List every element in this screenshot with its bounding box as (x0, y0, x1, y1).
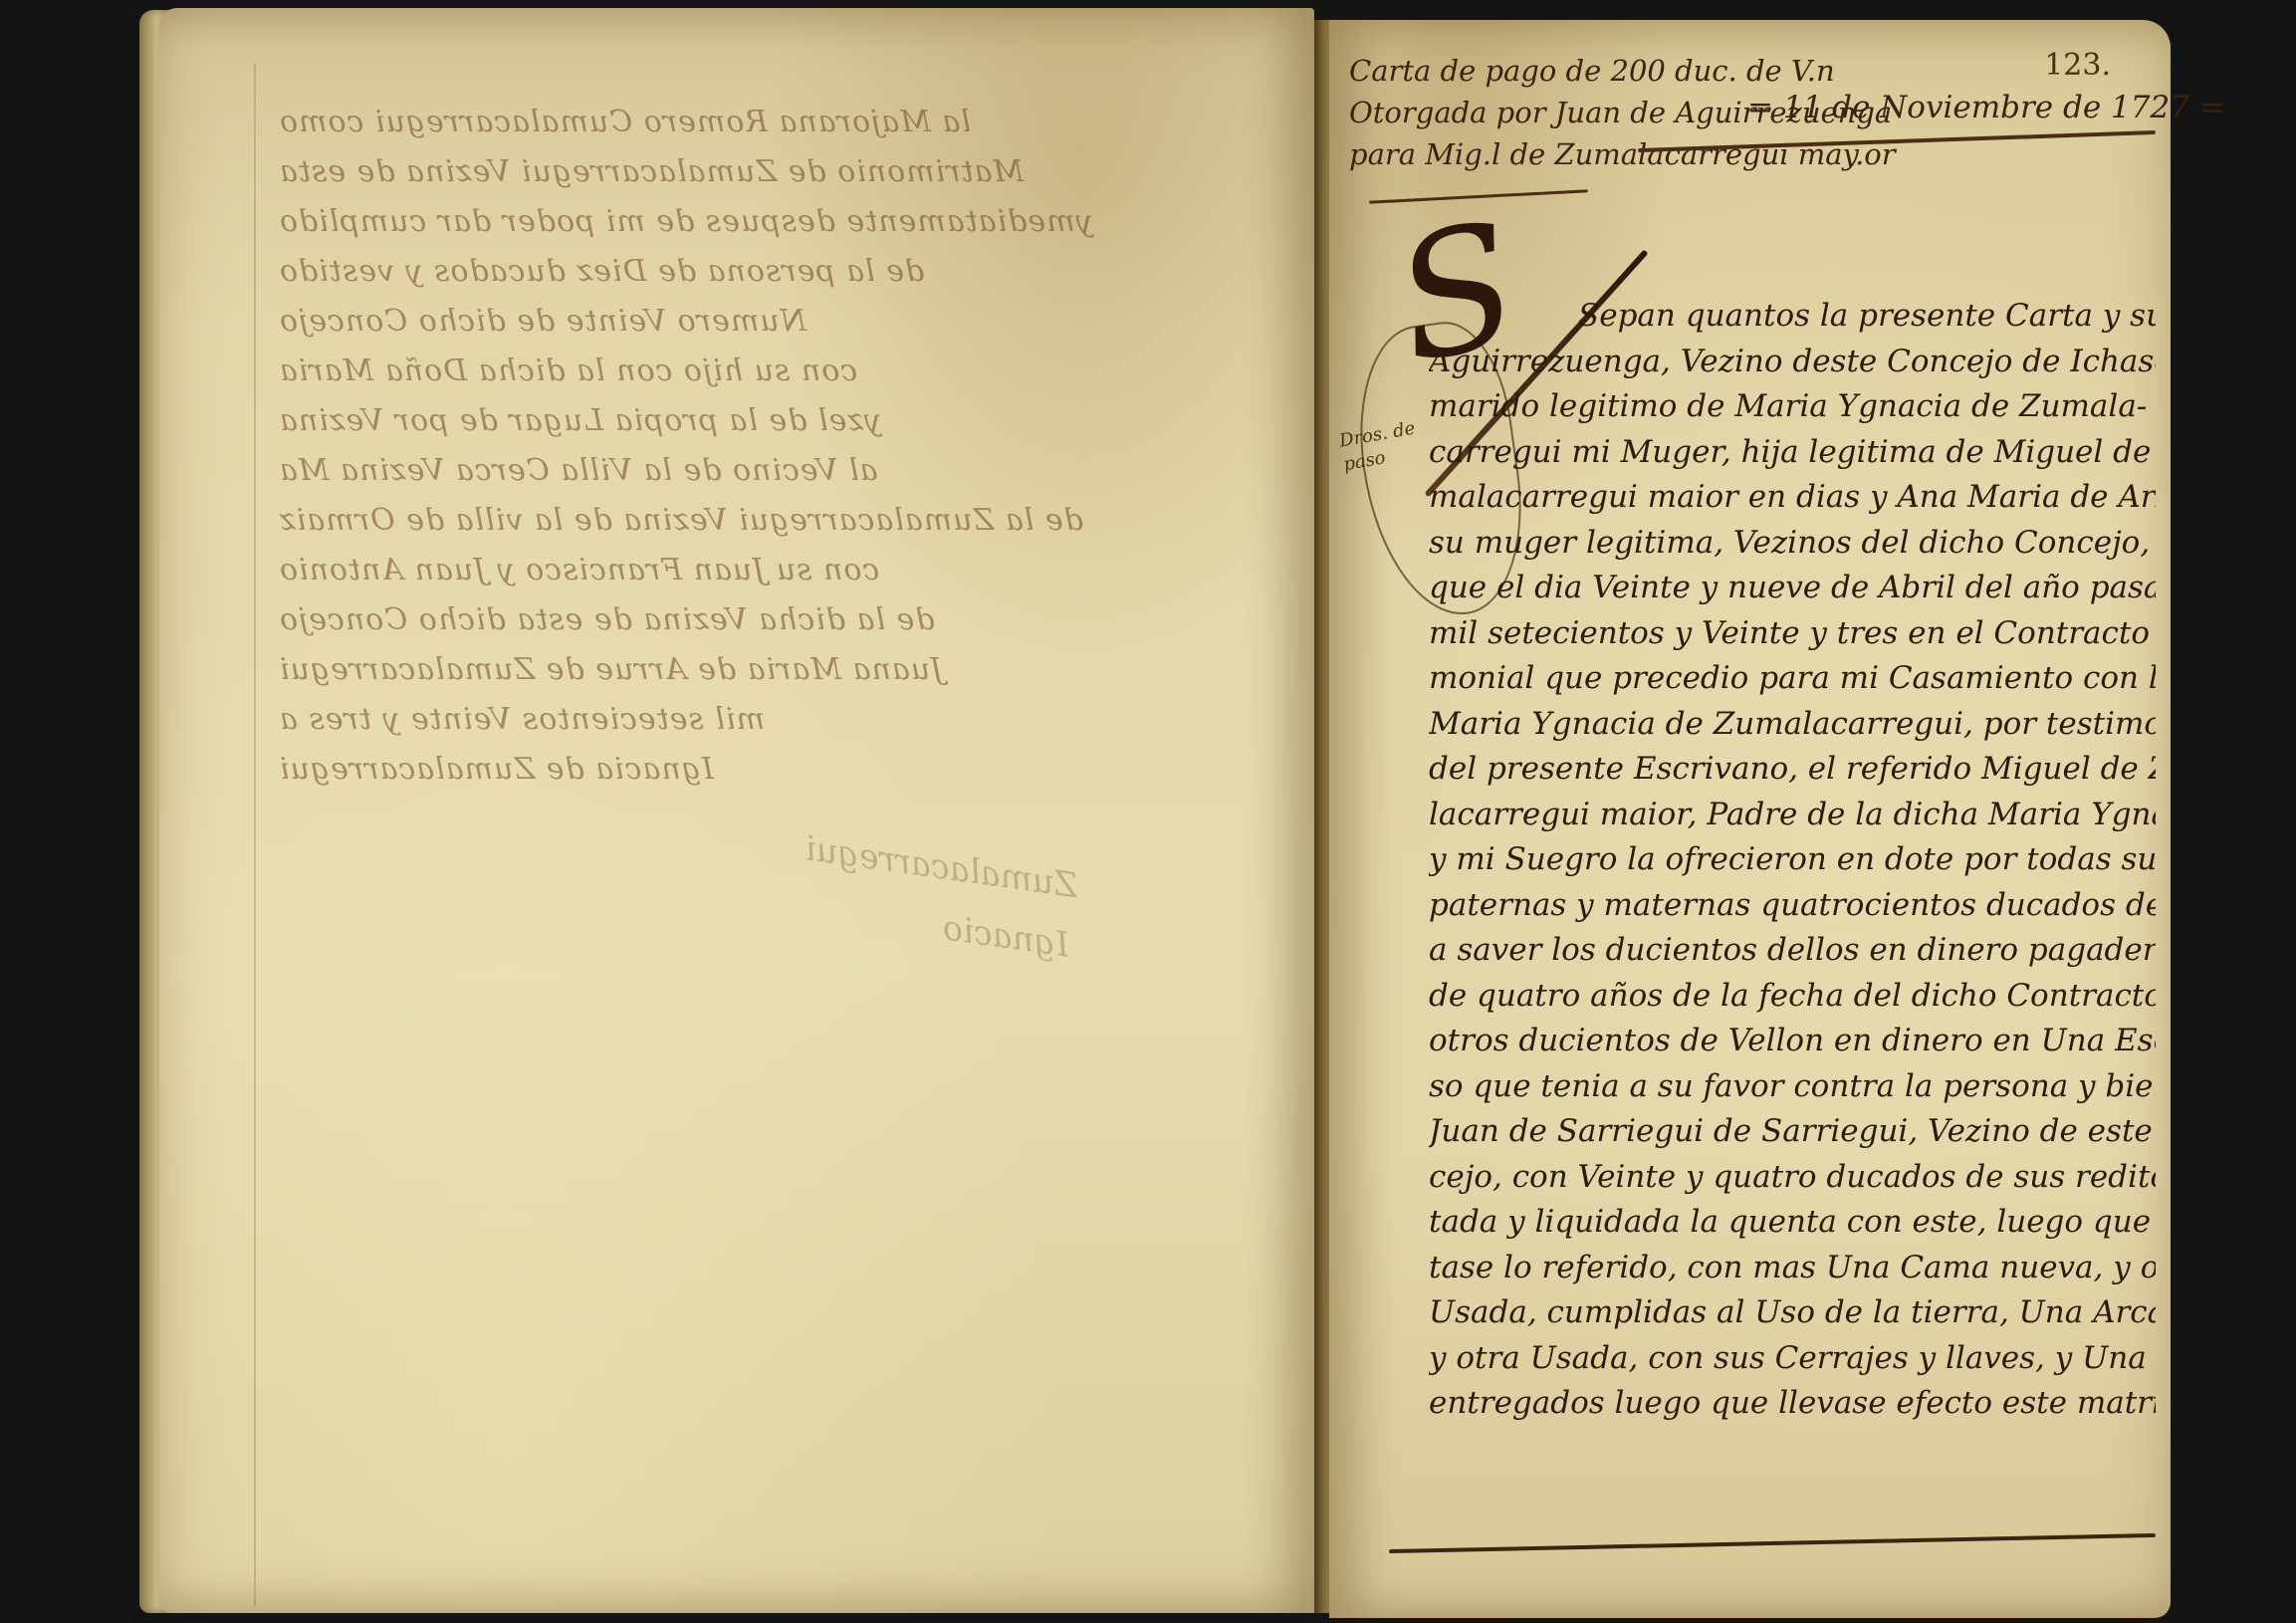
text-line: que el dia Veinte y nueve de Abril del a… (1429, 566, 2156, 611)
text-line: mil setecientos y Veinte y tres en el Co… (1429, 611, 2156, 657)
bleed-line: de la dicha Vezina de esta dicho Concejo (279, 595, 1274, 645)
bleed-line: de la persona de Diez ducados y vestido (279, 247, 1274, 297)
text-line: monial que precedio para mi Casamiento c… (1429, 656, 2156, 702)
text-line: tada y liquidada la quenta con este, lue… (1429, 1200, 2156, 1246)
text-line: de quatro años de la fecha del dicho Con… (1429, 974, 2156, 1020)
text-line: lacarregui maior, Padre de la dicha Mari… (1429, 793, 2156, 838)
bleed-line: con su Juan Francisco y Juan Antonio (279, 546, 1274, 595)
text-line: Usada, cumplidas al Uso de la tierra, Un… (1429, 1290, 2156, 1336)
closing-rule-line (1389, 1533, 2156, 1553)
text-line: malacarregui maior en dias y Ana Maria d… (1429, 475, 2156, 521)
bleed-line: de la Zumalacarregui Vezina de la villa … (279, 496, 1274, 546)
heading-line-1: Carta de pago de 200 duc. de V.n (1349, 50, 2126, 92)
text-line: marido legitimo de Maria Ygnacia de Zuma… (1429, 384, 2156, 430)
bleed-line: yzel de la propia Lugar de por Vezina (279, 396, 1274, 446)
text-line: Maria Ygnacia de Zumalacarregui, por tes… (1429, 702, 2156, 748)
text-line: Juan de Sarriegui de Sarriegui, Vezino d… (1429, 1109, 2156, 1155)
bleed-line: Ignacia de Zumalacarregui (279, 745, 1274, 795)
text-line: so que tenia a su favor contra la person… (1429, 1064, 2156, 1110)
heading-date: = 11 de Noviembre de 1727 = (1747, 90, 2225, 125)
margin-fold-line (254, 63, 256, 1606)
bleed-line: con su hijo con la dicha Doña Maria (279, 347, 1274, 396)
manuscript-volume: la Majorana Romero Cumalacarregui como M… (139, 0, 2171, 1623)
text-line: paternas y maternas quatrocientos ducado… (1429, 883, 2156, 929)
text-line: cejo, con Veinte y quatro ducados de sus… (1429, 1155, 2156, 1201)
bleed-line: Juana Maria de Arrue de Zumalacarregui (279, 645, 1274, 695)
text-line: tase lo referido, con mas Una Cama nueva… (1429, 1246, 2156, 1291)
bleed-line: Numero Veinte de dicho Concejo (279, 297, 1274, 347)
bleed-line: al Vecino de la Villa Cerca Vezina Ma (279, 446, 1274, 496)
text-line: Aguirrezuenga, Vezino deste Concejo de I… (1429, 340, 2156, 385)
text-line: a saver los ducientos dellos en dinero p… (1429, 928, 2156, 974)
deed-body-text: Sepan quantos la presente Carta y su the… (1429, 294, 2156, 1427)
text-line: Sepan quantos la presente Carta y su the… (1429, 294, 2156, 340)
text-line: y otra Usada, con sus Cerrajes y llaves,… (1429, 1336, 2156, 1382)
bleed-line: la Majorana Romero Cumalacarregui como (279, 98, 1274, 147)
text-line: entregados luego que llevase efecto este… (1429, 1381, 2156, 1427)
bleed-line: ymediatamente despues de mi poder dar cu… (279, 197, 1274, 247)
heading-line-3: para Mig.l de Zumalacarregui may.or (1349, 133, 2126, 175)
text-line: su muger legitima, Vezinos del dicho Con… (1429, 521, 2156, 567)
bleed-through-text: la Majorana Romero Cumalacarregui como M… (279, 98, 1274, 795)
text-line: y mi Suegro la ofrecieron en dote por to… (1429, 837, 2156, 883)
text-line-with-strikeout: otros ducientos de Vellon en dinero en U… (1429, 1019, 2156, 1064)
text-line: del presente Escrivano, el referido Migu… (1429, 747, 2156, 793)
text-line: carregui mi Muger, hija legitima de Migu… (1429, 430, 2156, 476)
left-page-verso: la Majorana Romero Cumalacarregui como M… (159, 8, 1314, 1613)
bleed-through-signatures: Zumalacarregui Ignacio (611, 794, 1081, 976)
bleed-line: Matrimonio de Zumalacarregui Vezina de e… (279, 147, 1274, 197)
right-page-folio-123: 123. Carta de pago de 200 duc. de V.n Ot… (1329, 20, 2171, 1618)
bleed-line: mil setecientos Veinte y tres a (279, 695, 1274, 745)
